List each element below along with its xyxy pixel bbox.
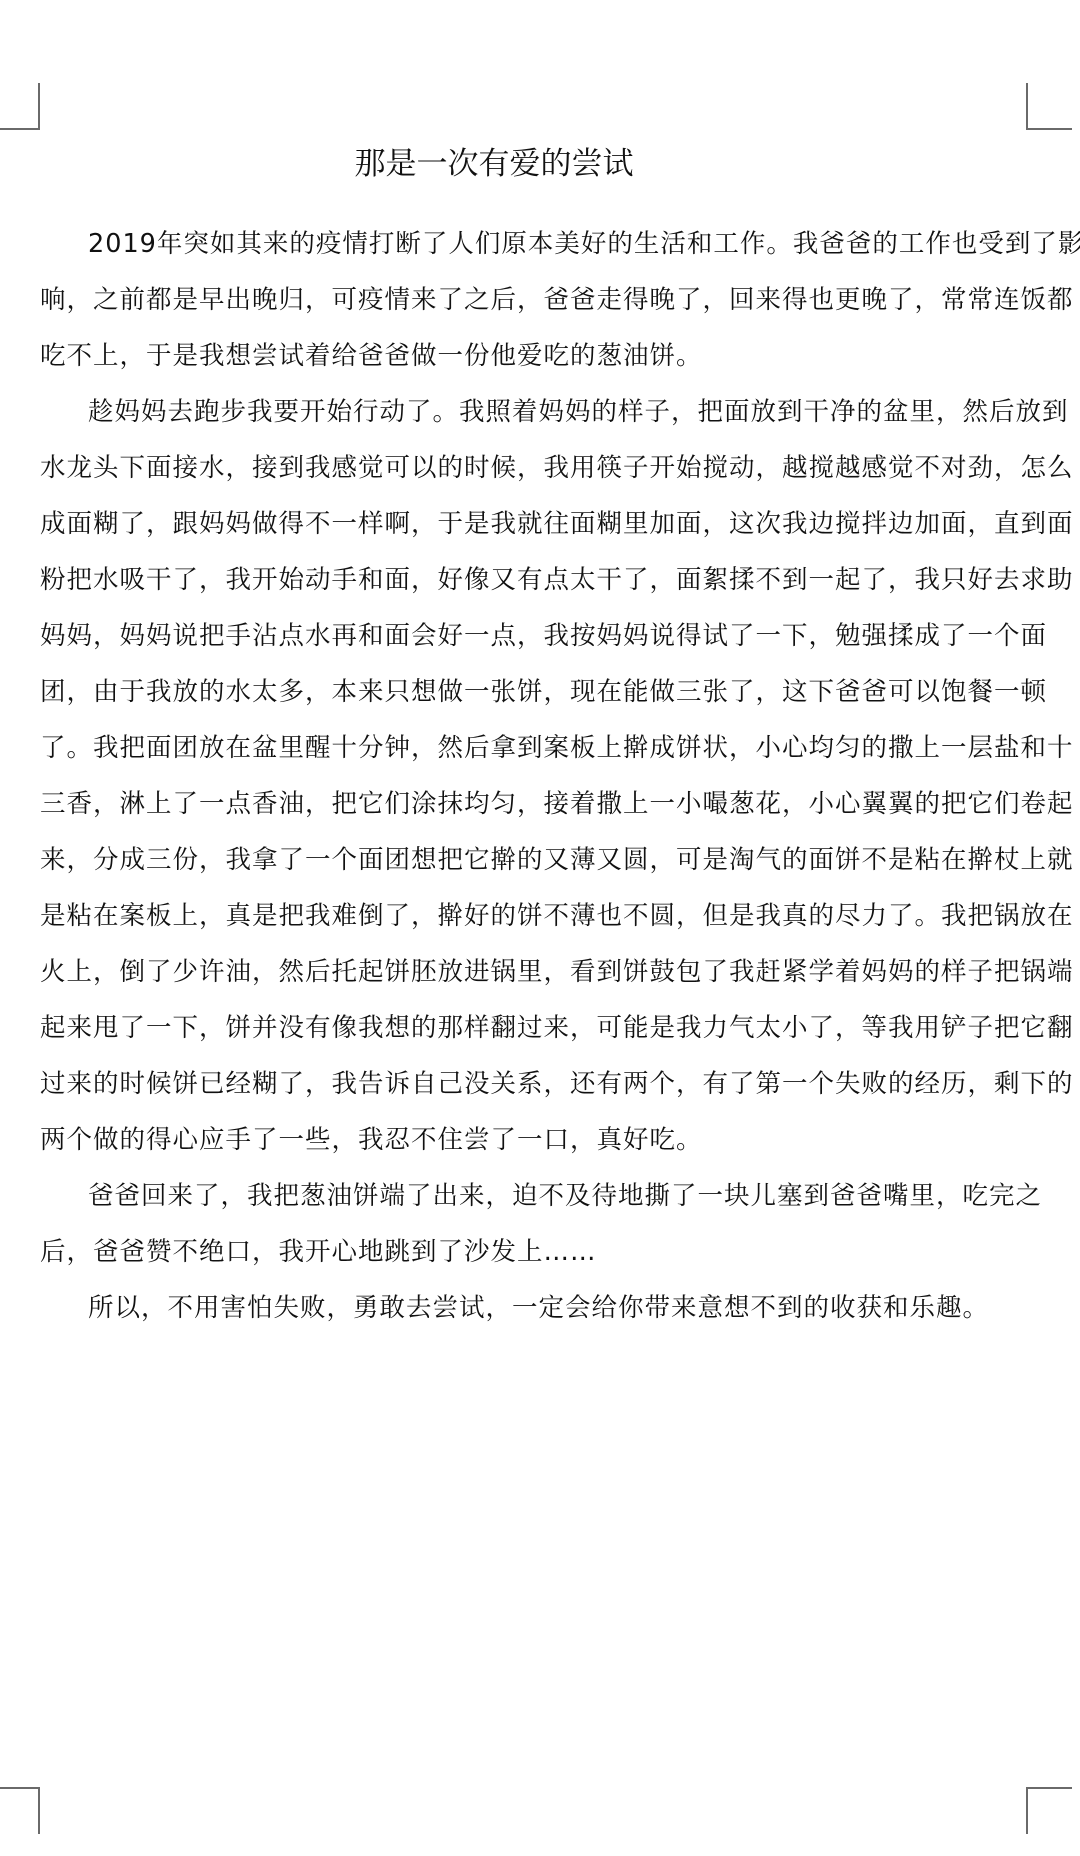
- text-line: 水龙头下面接水，接到我感觉可以的时候，我用筷子开始搅动，越搅越感觉不对劲，怎么: [40, 448, 1030, 504]
- text-line: 是粘在案板上，真是把我难倒了，擀好的饼不薄也不圆，但是我真的尽力了。我把锅放在: [40, 896, 1030, 952]
- text-line: 团，由于我放的水太多，本来只想做一张饼，现在能做三张了，这下爸爸可以饱餐一顿: [40, 672, 1030, 728]
- page-corner-mark-top-right: [1026, 83, 1072, 130]
- text-line: 了。我把面团放在盆里醒十分钟，然后拿到案板上擀成饼状，小心均匀的撒上一层盐和十: [40, 728, 1030, 784]
- text-line: 吃不上，于是我想尝试着给爸爸做一份他爱吃的葱油饼。: [40, 336, 1030, 392]
- text-line: 起来甩了一下，饼并没有像我想的那样翻过来，可能是我力气太小了，等我用铲子把它翻: [40, 1008, 1030, 1064]
- paragraph-3: 爸爸回来了，我把葱油饼端了出来，迫不及待地撕了一块儿塞到爸爸嘴里，吃完之 后，爸…: [40, 1176, 1030, 1288]
- text-line: 来，分成三份，我拿了一个面团想把它擀的又薄又圆，可是淘气的面饼不是粘在擀杖上就: [40, 840, 1030, 896]
- paragraph-2: 趁妈妈去跑步我要开始行动了。我照着妈妈的样子，把面放到干净的盆里，然后放到 水龙…: [40, 392, 1030, 1176]
- text-line: 过来的时候饼已经糊了，我告诉自己没关系，还有两个，有了第一个失败的经历，剩下的: [40, 1064, 1030, 1120]
- text-line: 粉把水吸干了，我开始动手和面，好像又有点太干了，面絮揉不到一起了，我只好去求助: [40, 560, 1030, 616]
- page-corner-mark-bottom-left: [0, 1787, 40, 1834]
- text-line: 爸爸回来了，我把葱油饼端了出来，迫不及待地撕了一块儿塞到爸爸嘴里，吃完之: [40, 1176, 1030, 1232]
- text-line: 所以，不用害怕失败，勇敢去尝试，一定会给你带来意想不到的收获和乐趣。: [40, 1288, 1030, 1344]
- page-corner-mark-bottom-right: [1026, 1787, 1072, 1834]
- document-title: 那是一次有爱的尝试: [0, 144, 988, 184]
- text-line: 趁妈妈去跑步我要开始行动了。我照着妈妈的样子，把面放到干净的盆里，然后放到: [40, 392, 1030, 448]
- text-line: 2019年突如其来的疫情打断了人们原本美好的生活和工作。我爸爸的工作也受到了影: [40, 224, 1030, 280]
- text-line: 两个做的得心应手了一些，我忍不住尝了一口，真好吃。: [40, 1120, 1030, 1176]
- paragraph-1: 2019年突如其来的疫情打断了人们原本美好的生活和工作。我爸爸的工作也受到了影 …: [40, 224, 1030, 392]
- text-line: 响，之前都是早出晚归，可疫情来了之后，爸爸走得晚了，回来得也更晚了，常常连饭都: [40, 280, 1030, 336]
- text-line: 火上，倒了少许油，然后托起饼胚放进锅里，看到饼鼓包了我赶紧学着妈妈的样子把锅端: [40, 952, 1030, 1008]
- document-body: 2019年突如其来的疫情打断了人们原本美好的生活和工作。我爸爸的工作也受到了影 …: [40, 224, 1030, 1344]
- paragraph-4: 所以，不用害怕失败，勇敢去尝试，一定会给你带来意想不到的收获和乐趣。: [40, 1288, 1030, 1344]
- text-line: 后，爸爸赞不绝口，我开心地跳到了沙发上……: [40, 1232, 1030, 1288]
- text-line: 成面糊了，跟妈妈做得不一样啊，于是我就往面糊里加面，这次我边搅拌边加面，直到面: [40, 504, 1030, 560]
- text-line: 妈妈，妈妈说把手沾点水再和面会好一点，我按妈妈说得试了一下，勉强揉成了一个面: [40, 616, 1030, 672]
- page-corner-mark-top-left: [0, 83, 40, 130]
- text-line: 三香，淋上了一点香油，把它们涂抹均匀，接着撒上一小嘬葱花，小心翼翼的把它们卷起: [40, 784, 1030, 840]
